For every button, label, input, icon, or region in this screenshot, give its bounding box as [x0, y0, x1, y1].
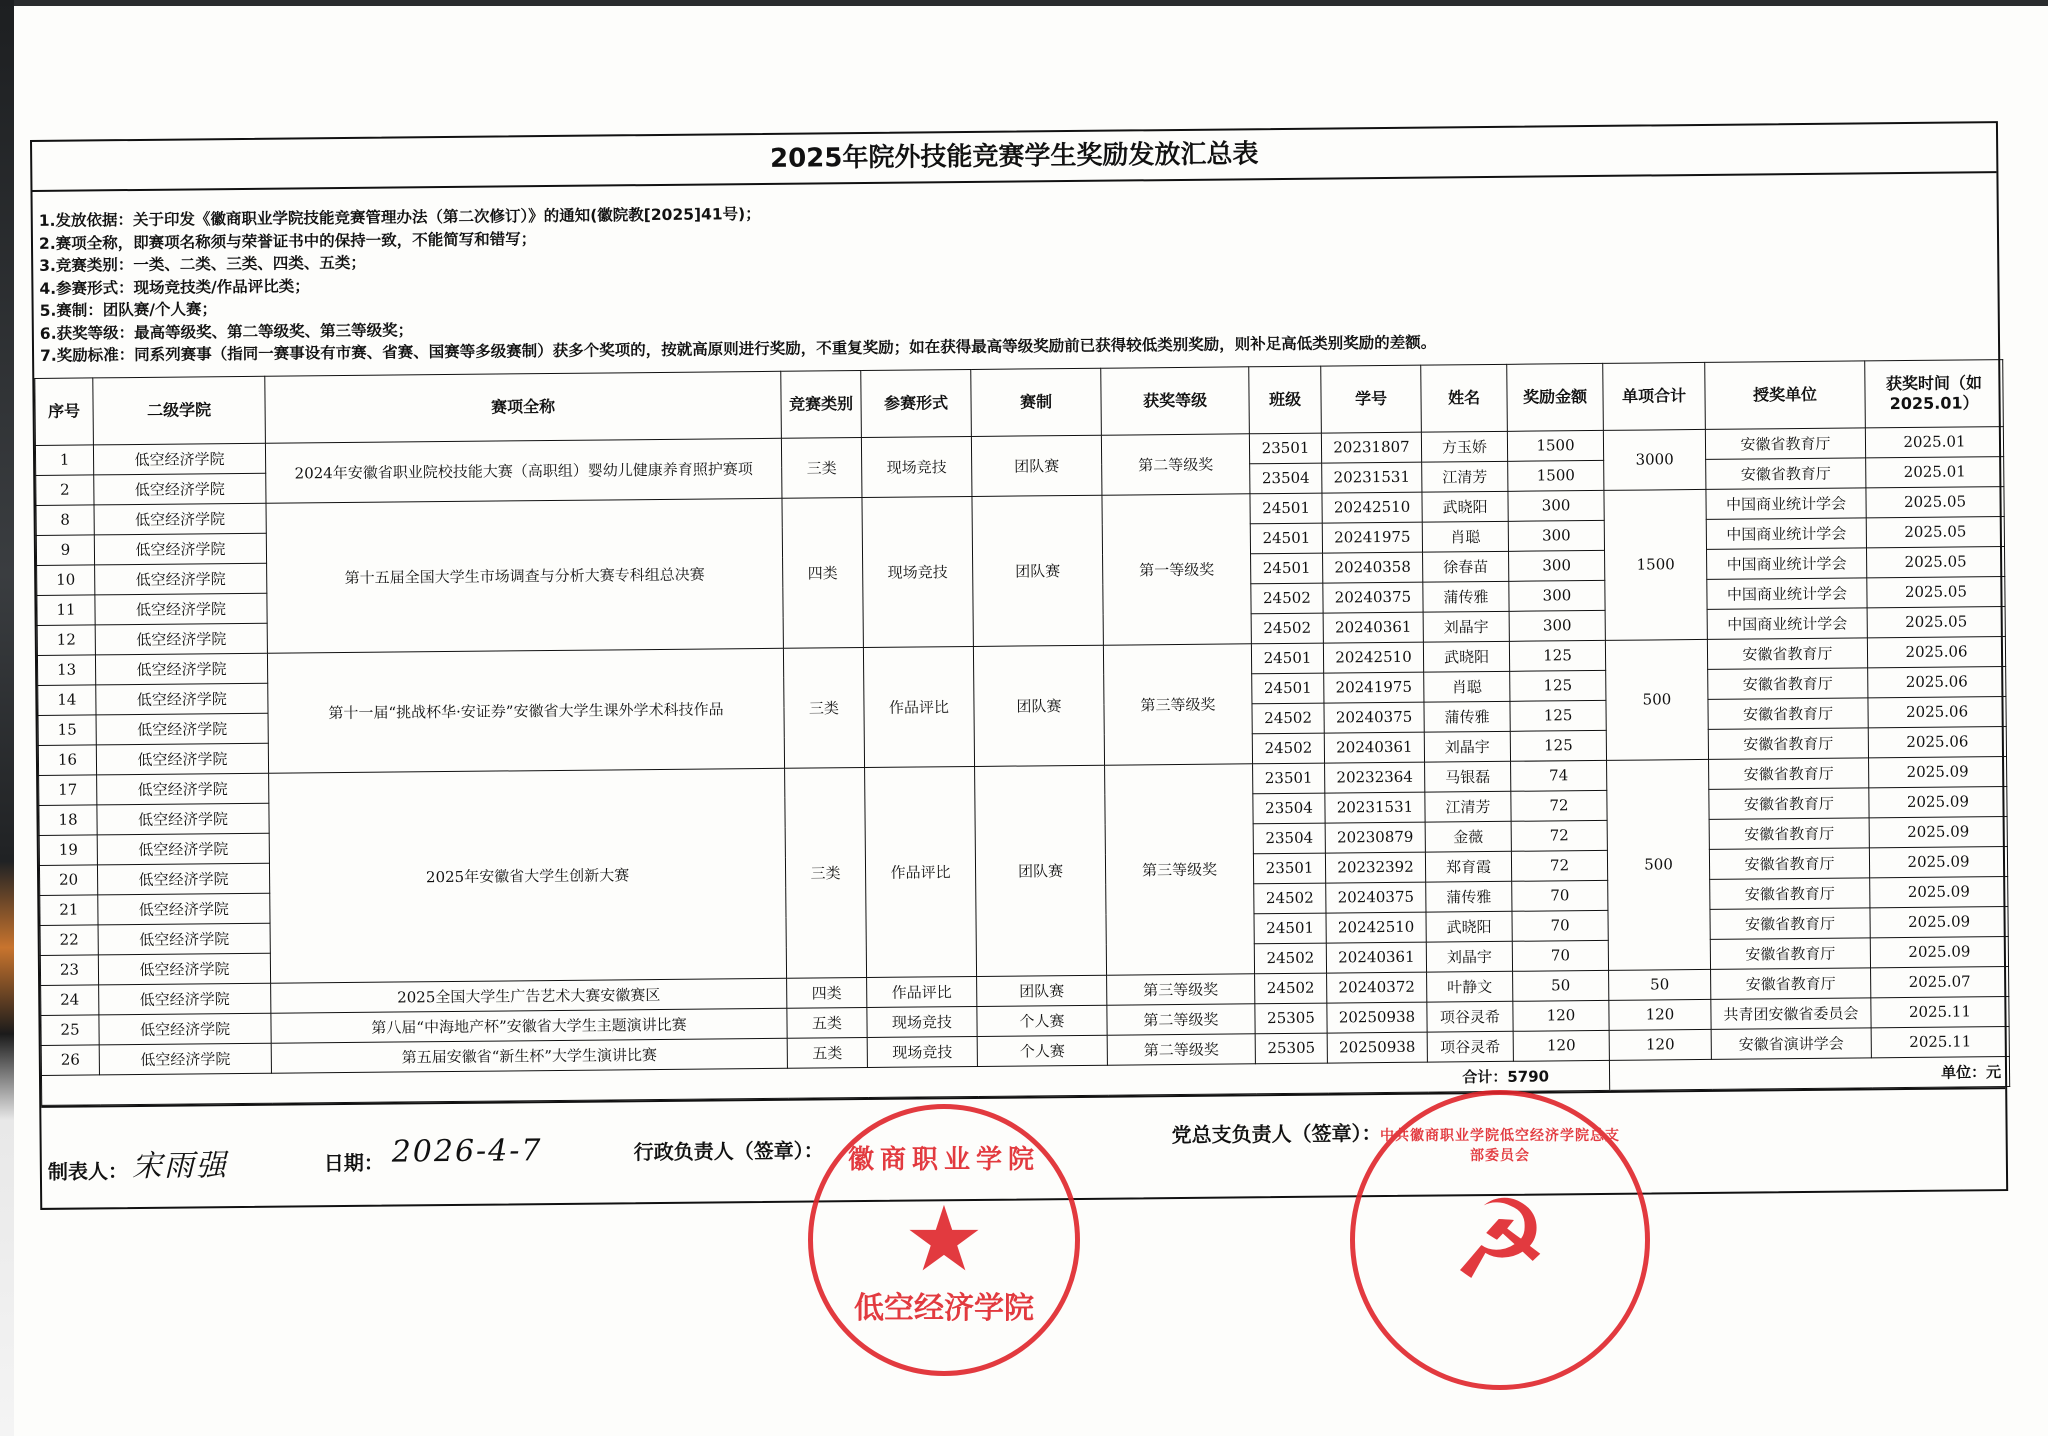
- row-award-time: 2025.11: [1871, 1026, 2009, 1057]
- column-header: 单项合计: [1603, 362, 1706, 430]
- event-format: 个人赛: [977, 1035, 1107, 1066]
- row-college: 低空经济学院: [94, 473, 266, 505]
- preparer-signature: 宋雨强: [132, 1140, 228, 1185]
- row-student-name: 蒲传雅: [1423, 581, 1509, 612]
- row-student-id: 20240375: [1324, 702, 1424, 733]
- row-award-org: 安徽省教育厅: [1709, 847, 1869, 879]
- event-subtotal: 50: [1609, 969, 1711, 1000]
- unit-label: 单位：元: [1609, 1056, 2009, 1090]
- column-header: 奖励金额: [1507, 363, 1604, 431]
- row-college: 低空经济学院: [95, 563, 267, 595]
- row-amount: 300: [1509, 580, 1605, 611]
- row-award-time: 2025.06: [1868, 726, 2006, 757]
- award-summary-sheet: 2025年院外技能竞赛学生奖励发放汇总表 1.发放依据：关于印发《徽商职业学院技…: [30, 121, 2008, 1220]
- row-amount: 1500: [1508, 460, 1604, 491]
- event-form: 作品评比: [863, 646, 974, 767]
- row-seq: 10: [37, 564, 95, 595]
- row-amount: 120: [1513, 1000, 1609, 1031]
- row-award-time: 2025.05: [1867, 576, 2005, 607]
- row-award-org: 安徽省教育厅: [1706, 457, 1866, 489]
- row-student-id: 20232392: [1325, 852, 1425, 883]
- row-award-org: 安徽省教育厅: [1710, 907, 1870, 939]
- row-award-org: 中国商业统计学会: [1706, 517, 1866, 549]
- event-name: 第十五届全国大学生市场调查与分析大赛专科组总决赛: [266, 498, 783, 653]
- row-student-id: 20241975: [1322, 522, 1422, 553]
- row-student-name: 刘晶宇: [1423, 611, 1509, 642]
- row-award-time: 2025.05: [1867, 606, 2005, 637]
- row-seq: 22: [40, 924, 98, 955]
- row-award-org: 安徽省教育厅: [1708, 697, 1868, 729]
- row-award-org: 中国商业统计学会: [1707, 607, 1867, 639]
- event-subtotal: 120: [1609, 1029, 1711, 1060]
- row-seq: 16: [38, 744, 96, 775]
- event-format: 团队赛: [971, 435, 1102, 496]
- event-format: 团队赛: [977, 975, 1107, 1006]
- row-award-org: 中国商业统计学会: [1707, 577, 1867, 609]
- notes-block: 1.发放依据：关于印发《徽商职业学院技能竞赛管理办法（第二次修订）》的通知(徽院…: [32, 173, 1998, 377]
- row-college: 低空经济学院: [97, 803, 269, 835]
- row-amount: 70: [1512, 910, 1608, 941]
- row-class: 23501: [1253, 763, 1325, 794]
- row-student-id: 20240361: [1326, 942, 1426, 973]
- row-award-org: 安徽省教育厅: [1708, 667, 1868, 699]
- date-value: 2026-4-7: [392, 1133, 543, 1169]
- row-award-time: 2025.07: [1871, 966, 2009, 997]
- row-class: 23501: [1249, 433, 1321, 464]
- row-award-time: 2025.06: [1867, 636, 2005, 667]
- row-student-name: 武晓阳: [1422, 491, 1508, 522]
- college-seal: 徽商职业学院 ★ 低空经济学院: [808, 1104, 1080, 1376]
- row-class: 25305: [1255, 1003, 1327, 1034]
- row-seq: 1: [35, 444, 93, 475]
- row-amount: 300: [1509, 610, 1605, 641]
- row-amount: 72: [1511, 820, 1607, 851]
- row-amount: 300: [1508, 520, 1604, 551]
- row-award-org: 安徽省教育厅: [1711, 967, 1871, 999]
- row-seq: 13: [37, 654, 95, 685]
- row-class: 24502: [1255, 973, 1327, 1004]
- row-amount: 120: [1513, 1030, 1609, 1061]
- event-form: 现场竞技: [862, 496, 973, 647]
- event-category: 三类: [781, 437, 862, 498]
- row-college: 低空经济学院: [99, 1013, 271, 1045]
- event-form: 现场竞技: [867, 1006, 977, 1037]
- row-student-id: 20242510: [1322, 492, 1422, 523]
- event-subtotal: 120: [1609, 999, 1711, 1030]
- award-level: 第一等级奖: [1102, 493, 1251, 644]
- row-seq: 24: [41, 984, 99, 1015]
- event-format: 团队赛: [975, 765, 1107, 976]
- row-seq: 20: [39, 864, 97, 895]
- row-amount: 125: [1510, 700, 1606, 731]
- admin-signer-label: 行政负责人（签章）：: [634, 1134, 824, 1165]
- row-student-name: 武晓阳: [1423, 641, 1509, 672]
- row-college: 低空经济学院: [95, 653, 267, 685]
- column-header: 序号: [35, 377, 94, 445]
- row-amount: 72: [1511, 790, 1607, 821]
- row-amount: 125: [1510, 730, 1606, 761]
- row-class: 24501: [1250, 493, 1322, 524]
- row-amount: 300: [1508, 490, 1604, 521]
- row-student-id: 20241975: [1324, 672, 1424, 703]
- event-name: 2025年安徽省大学生创新大赛: [269, 768, 787, 983]
- row-college: 低空经济学院: [98, 923, 270, 955]
- row-class: 24502: [1251, 613, 1323, 644]
- row-seq: 17: [39, 774, 97, 805]
- event-category: 五类: [787, 1007, 867, 1038]
- row-seq: 19: [39, 834, 97, 865]
- seal-top-text: 徽商职业学院: [813, 1139, 1075, 1176]
- row-amount: 70: [1512, 880, 1608, 911]
- row-class: 23504: [1253, 823, 1325, 854]
- event-name: 2025全国大学生广告艺术大赛安徽赛区: [271, 978, 787, 1013]
- column-header: 授奖单位: [1705, 360, 1866, 429]
- row-award-org: 安徽省教育厅: [1710, 937, 1870, 969]
- event-name: 2024年安徽省职业院校技能大赛（高职组）婴幼儿健康养育照护赛项: [265, 438, 782, 503]
- row-award-time: 2025.09: [1869, 756, 2007, 787]
- row-award-time: 2025.09: [1869, 816, 2007, 847]
- row-class: 24501: [1250, 523, 1322, 554]
- row-amount: 50: [1513, 970, 1609, 1001]
- party-seal: 中共徽商职业学院低空经济学院总支部委员会 ☭: [1350, 1090, 1650, 1390]
- row-class: 24501: [1251, 643, 1323, 674]
- event-format: 个人赛: [977, 1005, 1107, 1036]
- row-student-name: 马银磊: [1425, 761, 1511, 792]
- row-student-name: 江清芳: [1422, 461, 1508, 492]
- row-student-name: 徐春苗: [1423, 551, 1509, 582]
- event-format: 团队赛: [972, 495, 1103, 646]
- column-header: 姓名: [1421, 364, 1508, 432]
- row-award-org: 安徽省教育厅: [1705, 427, 1865, 459]
- row-amount: 125: [1510, 670, 1606, 701]
- row-seq: 26: [41, 1044, 99, 1075]
- award-level: 第三等级奖: [1103, 643, 1252, 764]
- row-award-time: 2025.05: [1866, 546, 2004, 577]
- column-header: 二级学院: [93, 376, 266, 445]
- row-student-id: 20230879: [1325, 822, 1425, 853]
- row-award-org: 安徽省演讲学会: [1711, 1027, 1871, 1059]
- party-signer-label: 党总支负责人（签章）：: [1171, 1117, 1381, 1148]
- event-name: 第十一届“挑战杯华·安证券”安徽省大学生课外学术科技作品: [267, 648, 784, 773]
- background-edge: [0, 0, 14, 1436]
- row-award-org: 安徽省教育厅: [1709, 787, 1869, 819]
- row-student-id: 20242510: [1323, 642, 1423, 673]
- row-amount: 1500: [1507, 430, 1603, 461]
- column-header: 赛项全称: [265, 371, 782, 443]
- row-student-name: 蒲传雅: [1424, 701, 1510, 732]
- row-student-id: 20232364: [1325, 762, 1425, 793]
- row-student-name: 刘晶宇: [1424, 731, 1510, 762]
- row-student-name: 方玉娇: [1421, 431, 1507, 462]
- event-subtotal: 3000: [1603, 429, 1706, 490]
- row-award-time: 2025.06: [1868, 696, 2006, 727]
- row-award-time: 2025.09: [1870, 876, 2008, 907]
- row-seq: 23: [40, 954, 98, 985]
- seal-bottom-text: 低空经济学院: [813, 1283, 1075, 1327]
- row-class: 24501: [1252, 673, 1324, 704]
- row-college: 低空经济学院: [93, 443, 265, 475]
- award-level: 第二等级奖: [1101, 433, 1250, 494]
- row-class: 24501: [1251, 553, 1323, 584]
- row-amount: 74: [1511, 760, 1607, 791]
- event-format: 团队赛: [973, 645, 1104, 766]
- row-award-org: 共青团安徽省委员会: [1711, 997, 1871, 1029]
- row-award-org: 安徽省教育厅: [1708, 727, 1868, 759]
- event-subtotal: 1500: [1604, 489, 1707, 640]
- event-category: 五类: [787, 1037, 867, 1068]
- row-class: 24502: [1254, 883, 1326, 914]
- row-award-org: 安徽省教育厅: [1710, 877, 1870, 909]
- row-seq: 18: [39, 804, 97, 835]
- row-award-org: 安徽省教育厅: [1709, 757, 1869, 789]
- row-student-id: 20231531: [1325, 792, 1425, 823]
- row-student-id: 20240372: [1327, 972, 1427, 1003]
- row-college: 低空经济学院: [99, 983, 271, 1015]
- row-college: 低空经济学院: [98, 893, 270, 925]
- row-college: 低空经济学院: [95, 593, 267, 625]
- preparer-label: 制表人：: [48, 1155, 128, 1185]
- row-student-name: 刘晶宇: [1426, 941, 1512, 972]
- row-class: 23504: [1250, 463, 1322, 494]
- award-level: 第三等级奖: [1105, 763, 1255, 974]
- row-student-name: 武晓阳: [1426, 911, 1512, 942]
- column-header: 学号: [1321, 365, 1422, 433]
- row-class: 25305: [1255, 1033, 1327, 1064]
- row-award-org: 安徽省教育厅: [1709, 817, 1869, 849]
- row-college: 低空经济学院: [97, 833, 269, 865]
- row-student-id: 20250938: [1327, 1032, 1427, 1063]
- row-award-time: 2025.09: [1870, 936, 2008, 967]
- event-category: 三类: [785, 767, 867, 978]
- row-college: 低空经济学院: [94, 533, 266, 565]
- event-name: 第八届“中海地产杯”安徽省大学生主题演讲比赛: [271, 1008, 787, 1043]
- row-college: 低空经济学院: [94, 503, 266, 535]
- row-award-org: 中国商业统计学会: [1706, 487, 1866, 519]
- column-header: 获奖等级: [1101, 366, 1250, 434]
- row-college: 低空经济学院: [96, 683, 268, 715]
- column-header: 参赛形式: [861, 369, 972, 437]
- row-class: 24501: [1254, 913, 1326, 944]
- row-student-id: 20242510: [1326, 912, 1426, 943]
- row-seq: 11: [37, 594, 95, 625]
- row-student-name: 金薇: [1425, 821, 1511, 852]
- column-header: 竞赛类别: [781, 370, 862, 438]
- column-header: 获奖时间（如2025.01）: [1865, 359, 2004, 427]
- event-form: 现场竞技: [861, 436, 972, 497]
- row-seq: 9: [36, 534, 94, 565]
- event-form: 作品评比: [865, 766, 977, 977]
- row-student-id: 20240361: [1324, 732, 1424, 763]
- seal-top-text: 中共徽商职业学院低空经济学院总支部委员会: [1355, 1125, 1645, 1165]
- event-category: 四类: [782, 497, 863, 648]
- row-award-time: 2025.09: [1869, 786, 2007, 817]
- event-category: 四类: [787, 977, 867, 1008]
- row-class: 24502: [1251, 583, 1323, 614]
- date-label: 日期：: [324, 1146, 384, 1176]
- row-seq: 14: [38, 684, 96, 715]
- row-student-id: 20240358: [1323, 552, 1423, 583]
- row-college: 低空经济学院: [96, 743, 268, 775]
- row-award-org: 安徽省教育厅: [1707, 637, 1867, 669]
- event-category: 三类: [783, 647, 864, 768]
- row-student-name: 蒲传雅: [1426, 881, 1512, 912]
- row-student-name: 郑育霞: [1425, 851, 1511, 882]
- row-award-time: 2025.05: [1866, 516, 2004, 547]
- row-amount: 72: [1511, 850, 1607, 881]
- row-student-id: 20240375: [1323, 582, 1423, 613]
- row-class: 24502: [1252, 733, 1324, 764]
- row-seq: 2: [36, 474, 94, 505]
- row-college: 低空经济学院: [99, 1043, 271, 1075]
- row-class: 23504: [1253, 793, 1325, 824]
- row-amount: 70: [1512, 940, 1608, 971]
- row-amount: 300: [1509, 550, 1605, 581]
- row-student-name: 江清芳: [1425, 791, 1511, 822]
- award-level: 第二等级奖: [1107, 1033, 1255, 1064]
- column-header: 班级: [1249, 366, 1322, 434]
- row-student-name: 项谷灵希: [1427, 1031, 1513, 1062]
- row-class: 24502: [1252, 703, 1324, 734]
- event-name: 第五届安徽省“新生杯”大学生演讲比赛: [271, 1038, 787, 1073]
- row-student-id: 20240361: [1323, 612, 1423, 643]
- row-student-id: 20250938: [1327, 1002, 1427, 1033]
- row-award-time: 2025.09: [1870, 906, 2008, 937]
- row-seq: 25: [41, 1014, 99, 1045]
- row-student-name: 肖聪: [1424, 671, 1510, 702]
- row-student-id: 20240375: [1326, 882, 1426, 913]
- award-level: 第三等级奖: [1107, 973, 1255, 1004]
- row-student-id: 20231531: [1322, 462, 1422, 493]
- event-subtotal: 500: [1605, 639, 1708, 760]
- row-award-time: 2025.01: [1866, 456, 2004, 487]
- row-class: 24502: [1254, 943, 1326, 974]
- row-student-name: 项谷灵希: [1427, 1001, 1513, 1032]
- hammer-sickle-icon: ☭: [1451, 1185, 1550, 1295]
- column-header: 赛制: [971, 368, 1102, 436]
- row-award-time: 2025.01: [1865, 426, 2003, 457]
- row-award-org: 中国商业统计学会: [1707, 547, 1867, 579]
- row-college: 低空经济学院: [97, 863, 269, 895]
- row-college: 低空经济学院: [98, 953, 270, 985]
- row-seq: 8: [36, 504, 94, 535]
- row-student-id: 20231807: [1321, 432, 1421, 463]
- award-level: 第二等级奖: [1107, 1003, 1255, 1034]
- row-seq: 12: [37, 624, 95, 655]
- event-form: 现场竞技: [867, 1036, 977, 1067]
- row-amount: 125: [1509, 640, 1605, 671]
- row-award-time: 2025.05: [1866, 486, 2004, 517]
- row-class: 23501: [1253, 853, 1325, 884]
- row-award-time: 2025.06: [1868, 666, 2006, 697]
- star-icon: ★: [904, 1195, 985, 1285]
- row-seq: 21: [40, 894, 98, 925]
- event-form: 作品评比: [867, 976, 977, 1007]
- row-award-time: 2025.11: [1871, 996, 2009, 1027]
- row-college: 低空经济学院: [96, 713, 268, 745]
- event-subtotal: 500: [1607, 759, 1711, 970]
- award-table: 序号二级学院赛项全称竞赛类别参赛形式赛制获奖等级班级学号姓名奖励金额单项合计授奖…: [34, 359, 2010, 1106]
- row-student-name: 叶静文: [1427, 971, 1513, 1002]
- row-student-name: 肖聪: [1422, 521, 1508, 552]
- row-college: 低空经济学院: [97, 773, 269, 805]
- row-seq: 15: [38, 714, 96, 745]
- row-award-time: 2025.09: [1869, 846, 2007, 877]
- row-college: 低空经济学院: [95, 623, 267, 655]
- form-frame: 2025年院外技能竞赛学生奖励发放汇总表 1.发放依据：关于印发《徽商职业学院技…: [30, 121, 2008, 1209]
